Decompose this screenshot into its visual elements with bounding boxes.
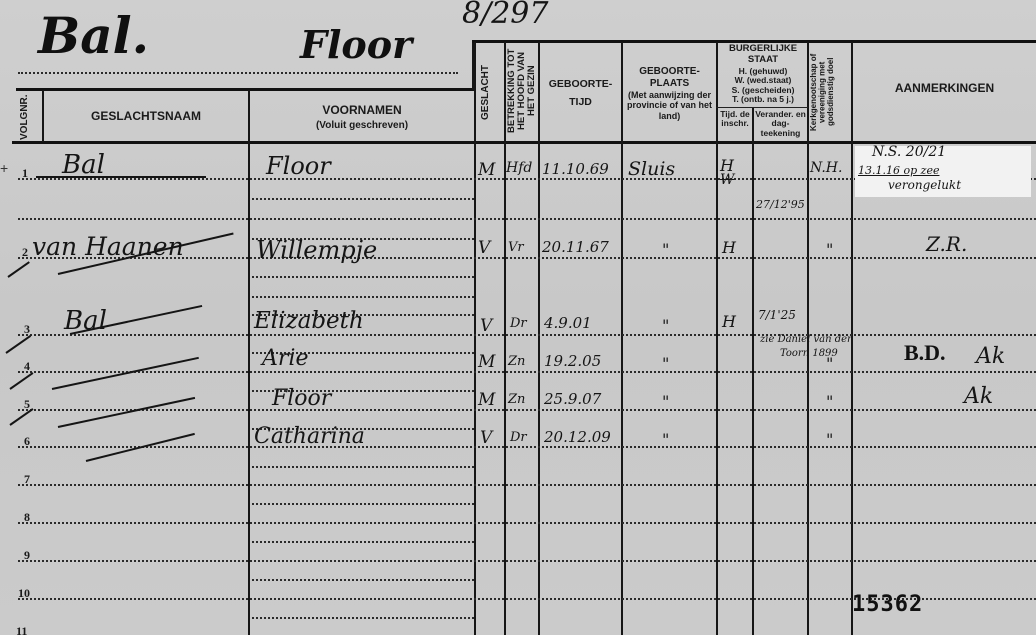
sub-line bbox=[252, 503, 474, 505]
cell-firstname: Arie bbox=[262, 346, 308, 371]
row-number: 8 bbox=[24, 510, 30, 525]
cell-firstname: Willempje bbox=[256, 236, 377, 264]
header-dotted-line bbox=[18, 72, 458, 74]
cell-firstname: Floor bbox=[272, 386, 331, 411]
col-header-kerkgenootschap: Kerkgenootschap of vereeniging met godsd… bbox=[810, 44, 850, 140]
col-header-voornamen-sub: (Voluit geschreven) bbox=[250, 120, 474, 132]
cell-birthdate: 11.10.69 bbox=[542, 160, 609, 178]
cell-relation: Zn bbox=[508, 354, 525, 369]
registration-card: Bal. Floor 8/297 VOLGNR. GESLACHTSNAAM V… bbox=[0, 0, 1036, 635]
strike-line bbox=[36, 176, 206, 178]
cell-relation: Dr bbox=[510, 316, 527, 331]
row-number: 6 bbox=[24, 434, 30, 449]
cell-status-prev: W bbox=[720, 172, 734, 188]
cell-status-change: 7/1'25 bbox=[758, 308, 796, 322]
sub-line bbox=[252, 617, 474, 619]
cell-remark-note: zie Daniel van der bbox=[760, 334, 852, 345]
sub-line bbox=[252, 296, 474, 298]
row-number: 2 bbox=[22, 245, 28, 260]
cell-sex: M bbox=[478, 352, 495, 372]
row-line bbox=[18, 522, 1036, 524]
col-header-betrekking: BETREKKING TOT HET HOOFD VAN HET GEZIN bbox=[507, 44, 537, 138]
cell-remark: Z.R. bbox=[926, 232, 967, 256]
col-line-surname bbox=[248, 90, 250, 635]
cell-sex: V bbox=[478, 238, 490, 258]
cell-firstname: Floor bbox=[266, 152, 331, 180]
row-line bbox=[18, 484, 1036, 486]
row-number: 4 bbox=[24, 359, 30, 374]
col-header-aanmerkingen: AANMERKINGEN bbox=[853, 82, 1036, 96]
col-header-geboorteplaats-sub: (Met aanwijzing der provincie of van het… bbox=[625, 90, 714, 121]
status-t: T. (ontb. na 5 j.) bbox=[718, 95, 808, 104]
col-header-geboorteplaats-2: PLAATS bbox=[623, 78, 716, 90]
strike-line bbox=[52, 357, 199, 390]
cell-church: " bbox=[826, 430, 833, 449]
row-line bbox=[18, 409, 1036, 411]
cell-church: " bbox=[826, 392, 833, 411]
cell-sex: V bbox=[480, 428, 492, 448]
cell-remark: N.S. 20/21 bbox=[872, 144, 946, 160]
col-header-geboortetijd-1: GEBOORTE- bbox=[540, 78, 621, 90]
cell-birthplace: " bbox=[662, 316, 669, 335]
cell-sex: M bbox=[478, 160, 495, 180]
col-line-birthplace bbox=[716, 42, 718, 635]
cell-birthplace: " bbox=[662, 392, 669, 411]
cell-birthplace: " bbox=[662, 430, 669, 449]
header-firstname: Floor bbox=[300, 22, 412, 67]
row-line bbox=[18, 371, 1036, 373]
header-rule-left bbox=[16, 88, 474, 91]
col-header-geboorteplaats-1: GEBOORTE- bbox=[623, 66, 716, 78]
cell-relation: Dr bbox=[510, 430, 527, 445]
col-header-voornamen: VOORNAMEN bbox=[250, 104, 474, 118]
cross-mark: + bbox=[0, 160, 8, 176]
cell-status: H bbox=[722, 238, 736, 257]
sub-line bbox=[252, 579, 474, 581]
sub-line bbox=[252, 198, 474, 200]
cell-birthplace: " bbox=[662, 240, 669, 259]
cell-status: H bbox=[722, 312, 736, 331]
cell-sex: M bbox=[478, 390, 495, 410]
cell-remark: Ak bbox=[964, 384, 993, 409]
cell-status-change: 27/12'95 bbox=[756, 198, 805, 211]
cell-remark: 13.1.16 op zee bbox=[858, 164, 939, 177]
cell-remark: verongelukt bbox=[888, 178, 961, 192]
row-number: 9 bbox=[24, 548, 30, 563]
cell-birthplace: " bbox=[662, 354, 669, 373]
row-line bbox=[18, 334, 1036, 336]
cell-relation: Zn bbox=[508, 392, 525, 407]
tick-mark bbox=[5, 335, 31, 354]
sub-line bbox=[252, 541, 474, 543]
cell-sex: V bbox=[480, 316, 492, 336]
row-line bbox=[18, 446, 1036, 448]
tick-mark bbox=[7, 261, 29, 278]
row-number: 10 bbox=[18, 586, 30, 601]
cell-church: " bbox=[826, 354, 833, 373]
status-legend: H. (gehuwd) W. (wed.staat) S. (gescheide… bbox=[718, 67, 808, 104]
cell-firstname: Catharina bbox=[254, 424, 365, 449]
col-header-bs-tijd: Tijd. de inschr. bbox=[718, 110, 752, 129]
row-line bbox=[18, 218, 1036, 220]
card-number: 15362 bbox=[852, 592, 923, 617]
col-header-bs-verander: Verander. en dag-teekening bbox=[754, 110, 807, 138]
col-line-firstname bbox=[474, 42, 476, 635]
cell-relation: Vr bbox=[508, 240, 524, 255]
sub-line bbox=[252, 276, 474, 278]
file-reference: 8/297 bbox=[462, 0, 548, 31]
row-number: 11 bbox=[16, 624, 27, 635]
col-header-geslacht: GESLACHT bbox=[481, 48, 492, 138]
cell-surname: van Haanen bbox=[32, 232, 184, 261]
row-line bbox=[18, 560, 1036, 562]
cell-birthdate: 20.12.09 bbox=[544, 428, 611, 446]
header-surname: Bal. bbox=[38, 6, 149, 65]
stamp-bd: B.D. bbox=[904, 340, 946, 366]
col-header-geboortetijd-2: TIJD bbox=[540, 96, 621, 108]
cell-birthdate: 19.2.05 bbox=[544, 352, 601, 370]
cell-birthdate: 25.9.07 bbox=[544, 390, 601, 408]
row-number: 1 bbox=[22, 166, 28, 181]
col-header-burgerlijke-staat: BURGERLIJKE STAAT bbox=[718, 44, 808, 66]
cell-firstname: Elizabeth bbox=[254, 308, 364, 334]
cell-church: N.H. bbox=[810, 160, 842, 176]
status-subrule bbox=[716, 107, 808, 108]
col-header-volgnr: VOLGNR. bbox=[20, 94, 31, 140]
cell-relation: Hfd bbox=[506, 160, 532, 176]
cell-birthplace: Sluis bbox=[628, 158, 675, 180]
cell-remark: Ak bbox=[976, 344, 1005, 369]
col-header-geslachtsnaam: GESLACHTSNAAM bbox=[44, 110, 248, 124]
row-number: 7 bbox=[24, 472, 30, 487]
sub-line bbox=[252, 466, 474, 468]
tick-mark bbox=[9, 372, 33, 390]
cell-birthdate: 20.11.67 bbox=[542, 238, 609, 256]
strike-line bbox=[58, 397, 195, 428]
col-line-relation bbox=[538, 42, 540, 635]
cell-church: " bbox=[826, 240, 833, 259]
cell-birthdate: 4.9.01 bbox=[544, 314, 592, 332]
col-line-birthdate bbox=[621, 42, 623, 635]
